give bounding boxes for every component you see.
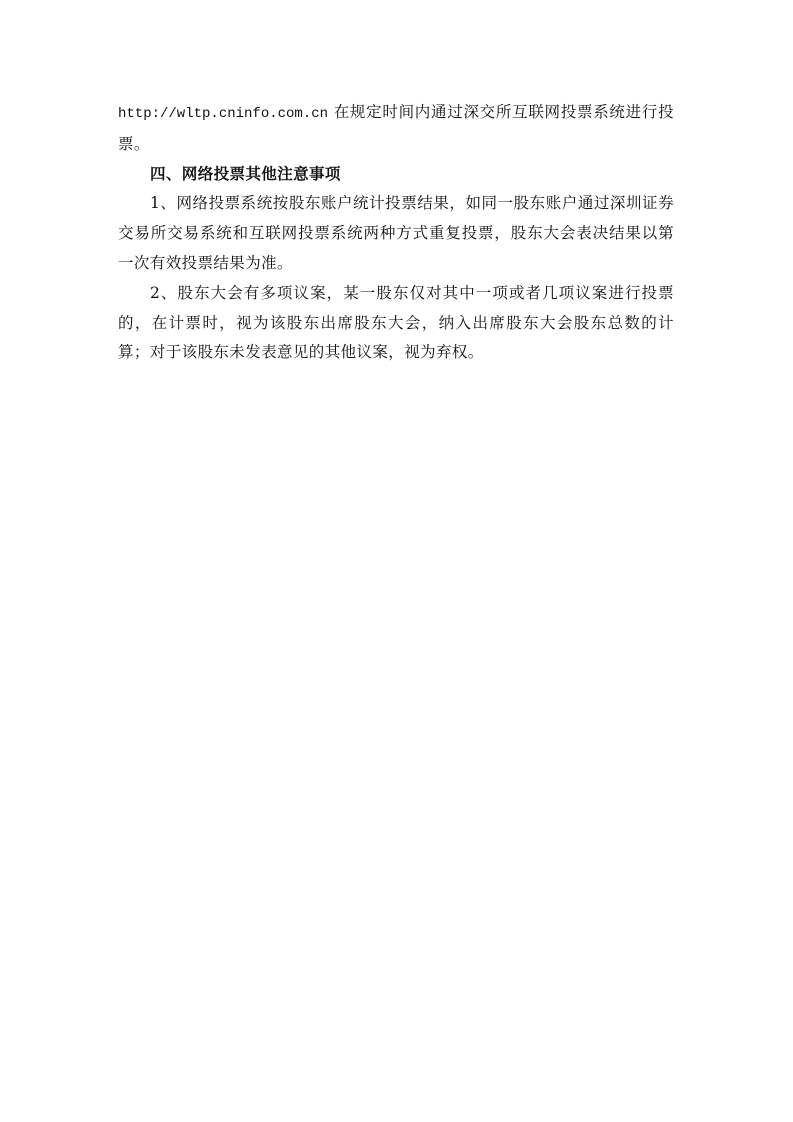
- document-page: http://wltp.cninfo.com.cn 在规定时间内通过深交所互联网…: [118, 98, 674, 368]
- note-item-1: 1、网络投票系统按股东账户统计投票结果，如同一股东账户通过深圳证券交易所交易系统…: [118, 189, 674, 278]
- continuation-paragraph: http://wltp.cninfo.com.cn 在规定时间内通过深交所互联网…: [118, 98, 674, 160]
- section-heading: 四、网络投票其他注意事项: [118, 160, 674, 190]
- voting-system-url: http://wltp.cninfo.com.cn: [118, 106, 328, 122]
- note-item-2: 2、股东大会有多项议案，某一股东仅对其中一项或者几项议案进行投票的，在计票时，视…: [118, 279, 674, 368]
